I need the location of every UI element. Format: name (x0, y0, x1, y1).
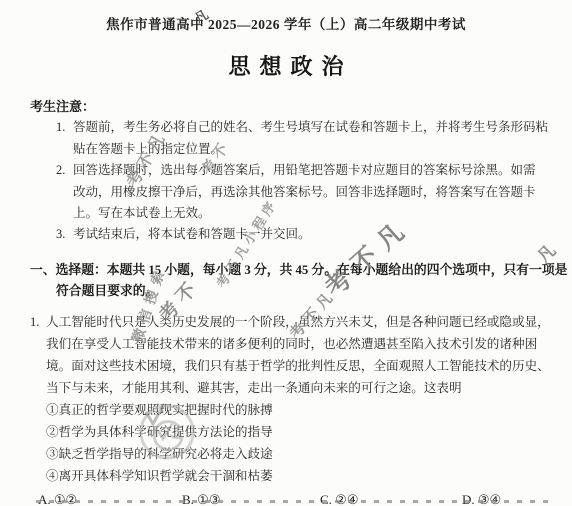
question-1-stem-line-2: 我们在享受人工智能技术带来的诸多便利的同时，也必然遭遇甚至陷入技术引发的诸种困 (30, 333, 548, 355)
section-heading-multiple-choice: 一、选择题：本题共 15 小题，每小题 3 分，共 45 分。在每小题给出的四个… (30, 260, 548, 303)
question-1-answer-choices: A. ①② B. ①③ C. ②④ D. ③④ (30, 492, 572, 506)
notice-1-line-1: 答题前，考生务必将自己的姓名、考生号填写在试卷和答题卡上，并将考生号条形码粘 (73, 120, 548, 134)
notice-3-number: 3. (56, 224, 65, 245)
notice-item-1: 1.答题前，考生务必将自己的姓名、考生号填写在试卷和答题卡上，并将考生号条形码粘… (56, 117, 548, 160)
notice-item-3: 3.考试结束后，将本试卷和答题卡一并交回。 (56, 224, 548, 245)
candidate-notices: 考生注意： 1.答题前，考生务必将自己的姓名、考生号填写在试卷和答题卡上，并将考… (30, 96, 548, 246)
notice-1-line-2: 贴在答题卡上的指定位置。 (73, 139, 548, 160)
question-1-number: 1. (30, 311, 39, 333)
notice-2-line-1: 回答选择题时，选出每小题答案后，用铅笔把答题卡对应题目的答案标号涂黑。如需 (73, 163, 536, 177)
section-heading-line-2: 符合题目要求的。 (56, 281, 548, 303)
notice-3-line-1: 考试结束后，将本试卷和答题卡一并交回。 (73, 227, 311, 241)
choice-b: B. ①③ (182, 492, 220, 506)
notice-1-number: 1. (56, 117, 65, 138)
notice-2-line-2: 改动，用橡皮擦干净后，再选涂其他答案标号。回答非选择题时，将答案写在答题卡 (73, 182, 548, 203)
notice-2-number: 2. (56, 160, 65, 181)
exam-paper-page: 焦作市普通高中 2025—2026 学年（上）高二年级期中考试 思想政治 考生注… (0, 0, 572, 506)
question-1-statement-3: ③缺乏哲学指导的科学研究必将走入歧途 (30, 443, 548, 465)
choice-d: D. ③④ (462, 492, 501, 506)
choice-a: A. ①② (38, 492, 77, 506)
question-1-statement-1: ①真正的哲学要观照现实把握时代的脉搏 (30, 399, 548, 421)
page-title: 思想政治 (0, 50, 572, 81)
choice-c: C. ②④ (320, 492, 358, 506)
cut-off-next-line (36, 500, 552, 503)
question-1-stem-line-1: 人工智能时代只是人类历史发展的一个阶段，虽然方兴未艾，但是各种问题已经或隐或显， (46, 315, 550, 329)
notices-label: 考生注意： (30, 96, 548, 117)
question-1-statement-4: ④离开具体科学知识哲学就会干涸和枯萎 (30, 465, 548, 487)
section-heading-line-1: 一、选择题：本题共 15 小题，每小题 3 分，共 45 分。在每小题给出的四个… (30, 260, 548, 282)
exam-header-line: 焦作市普通高中 2025—2026 学年（上）高二年级期中考试 (0, 0, 572, 33)
notice-item-2: 2.回答选择题时，选出每小题答案后，用铅笔把答题卡对应题目的答案标号涂黑。如需 … (56, 160, 548, 224)
question-1: 1.人工智能时代只是人类历史发展的一个阶段，虽然方兴未艾，但是各种问题已经或隐或… (30, 311, 548, 487)
question-1-statement-2: ②哲学为具体科学研究提供方法论的指导 (30, 421, 548, 443)
notice-2-line-3: 上。写在本试卷上无效。 (73, 203, 548, 224)
question-1-stem-line-4: 当下与未来，才能用其利、避其害，走出一条通向未来的可行之途。这表明 (30, 377, 548, 399)
question-1-stem-line-3: 境。面对这些技术困境，我们只有基于哲学的批判性反思，全面观照人工智能技术的历史、 (30, 355, 548, 377)
